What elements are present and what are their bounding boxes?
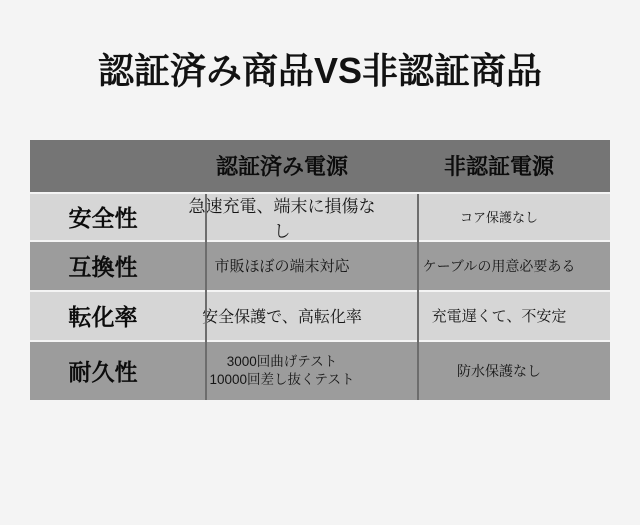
- header-uncertified-power: 非認証電源: [388, 140, 610, 192]
- row-label-safety: 安全性: [30, 194, 176, 240]
- page-title: 認証済み商品VS非認証商品: [0, 48, 640, 95]
- table-row-durability: 耐久性 3000回曲げテスト 10000回差し抜くテスト 防水保護なし: [30, 342, 610, 400]
- safety-uncertified-value: コア保護なし: [388, 194, 610, 240]
- row-label-durability: 耐久性: [30, 342, 176, 400]
- compatibility-uncertified-value: ケーブルの用意必要ある: [388, 242, 610, 290]
- table-row-safety: 安全性 急速充電、端末に損傷なし コア保護なし: [30, 194, 610, 240]
- column-divider-1: [205, 194, 207, 400]
- conversion-certified-value: 安全保護で、高転化率: [176, 292, 388, 340]
- table-row-compatibility: 互換性 市販ほぼの端末対応 ケーブルの用意必要ある: [30, 242, 610, 290]
- column-divider-2: [417, 194, 419, 400]
- header-certified-power: 認証済み電源: [176, 140, 388, 192]
- compatibility-certified-value: 市販ほぼの端末対応: [176, 242, 388, 290]
- row-label-compatibility: 互換性: [30, 242, 176, 290]
- conversion-uncertified-value: 充電遅くて、不安定: [388, 292, 610, 340]
- table-row-conversion: 転化率 安全保護で、高転化率 充電遅くて、不安定: [30, 292, 610, 340]
- safety-certified-value: 急速充電、端末に損傷なし: [176, 194, 388, 240]
- durability-uncertified-value: 防水保護なし: [388, 342, 610, 400]
- header-corner-cell: [30, 140, 176, 192]
- row-label-conversion: 転化率: [30, 292, 176, 340]
- durability-certified-value: 3000回曲げテスト 10000回差し抜くテスト: [176, 342, 388, 400]
- table-header-row: 認証済み電源 非認証電源: [30, 140, 610, 192]
- page: 認証済み商品VS非認証商品 認証済み電源 非認証電源 安全性 急速充電、端末に損…: [0, 48, 640, 400]
- comparison-table: 認証済み電源 非認証電源 安全性 急速充電、端末に損傷なし コア保護なし 互換性…: [30, 140, 610, 400]
